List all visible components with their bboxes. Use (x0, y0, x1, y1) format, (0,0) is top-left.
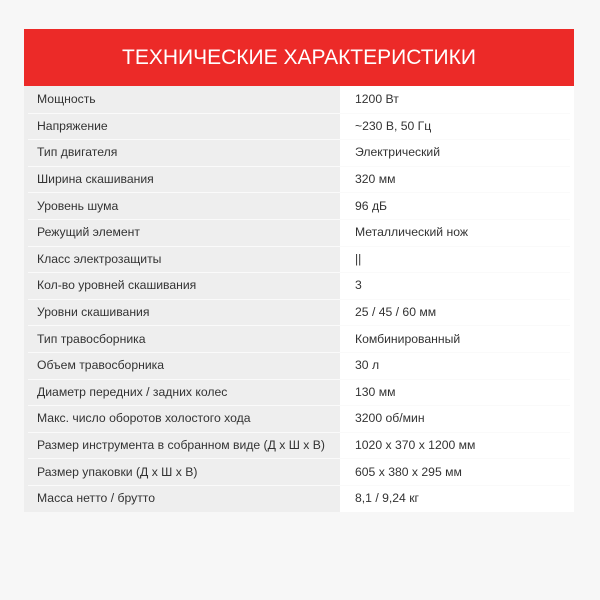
spec-label: Кол-во уровней скашивания (24, 272, 340, 299)
spec-row: Макс. число оборотов холостого хода3200 … (24, 405, 574, 432)
spec-row: Ширина скашивания320 мм (24, 166, 574, 193)
spec-label: Режущий элемент (24, 219, 340, 246)
spec-value: || (340, 246, 574, 273)
spec-label: Уровни скашивания (24, 299, 340, 326)
spec-label: Объем травосборника (24, 352, 340, 379)
spec-value: 130 мм (340, 379, 574, 406)
spec-value: 320 мм (340, 166, 574, 193)
spec-row: Объем травосборника30 л (24, 352, 574, 379)
spec-value: 1020 х 370 х 1200 мм (340, 432, 574, 459)
spec-row: Тип травосборникаКомбинированный (24, 325, 574, 352)
spec-label: Макс. число оборотов холостого хода (24, 405, 340, 432)
spec-row: Уровень шума96 дБ (24, 192, 574, 219)
spec-label: Диаметр передних / задних колес (24, 379, 340, 406)
spec-value: Металлический нож (340, 219, 574, 246)
spec-row: Диаметр передних / задних колес130 мм (24, 379, 574, 406)
spec-value: 3200 об/мин (340, 405, 574, 432)
spec-value: 25 / 45 / 60 мм (340, 299, 574, 326)
spec-row: Уровни скашивания25 / 45 / 60 мм (24, 299, 574, 326)
spec-header: ТЕХНИЧЕСКИЕ ХАРАКТЕРИСТИКИ (24, 29, 574, 86)
spec-label: Размер инструмента в собранном виде (Д х… (24, 432, 340, 459)
spec-value: 8,1 / 9,24 кг (340, 485, 574, 512)
spec-value: Электрический (340, 139, 574, 166)
spec-sheet: ТЕХНИЧЕСКИЕ ХАРАКТЕРИСТИКИ Мощность1200 … (24, 29, 574, 512)
spec-label: Тип травосборника (24, 325, 340, 352)
spec-value: 3 (340, 272, 574, 299)
spec-label: Масса нетто / брутто (24, 485, 340, 512)
spec-row: Режущий элементМеталлический нож (24, 219, 574, 246)
spec-label: Класс электрозащиты (24, 246, 340, 273)
spec-value: Комбинированный (340, 325, 574, 352)
spec-value: 30 л (340, 352, 574, 379)
spec-label: Ширина скашивания (24, 166, 340, 193)
spec-label: Уровень шума (24, 192, 340, 219)
spec-value: 96 дБ (340, 192, 574, 219)
spec-label: Тип двигателя (24, 139, 340, 166)
spec-row: Напряжение~230 В, 50 Гц (24, 113, 574, 140)
spec-value: ~230 В, 50 Гц (340, 113, 574, 140)
spec-label: Мощность (24, 86, 340, 113)
spec-value: 605 х 380 х 295 мм (340, 458, 574, 485)
spec-label: Размер упаковки (Д х Ш х В) (24, 458, 340, 485)
spec-title: ТЕХНИЧЕСКИЕ ХАРАКТЕРИСТИКИ (122, 46, 476, 70)
spec-label: Напряжение (24, 113, 340, 140)
spec-row: Мощность1200 Вт (24, 86, 574, 113)
spec-table: Мощность1200 ВтНапряжение~230 В, 50 ГцТи… (24, 86, 574, 512)
spec-row: Тип двигателяЭлектрический (24, 139, 574, 166)
spec-row: Размер упаковки (Д х Ш х В)605 х 380 х 2… (24, 458, 574, 485)
spec-row: Кол-во уровней скашивания3 (24, 272, 574, 299)
spec-value: 1200 Вт (340, 86, 574, 113)
spec-row: Размер инструмента в собранном виде (Д х… (24, 432, 574, 459)
spec-row: Класс электрозащиты|| (24, 246, 574, 273)
spec-row: Масса нетто / брутто8,1 / 9,24 кг (24, 485, 574, 512)
